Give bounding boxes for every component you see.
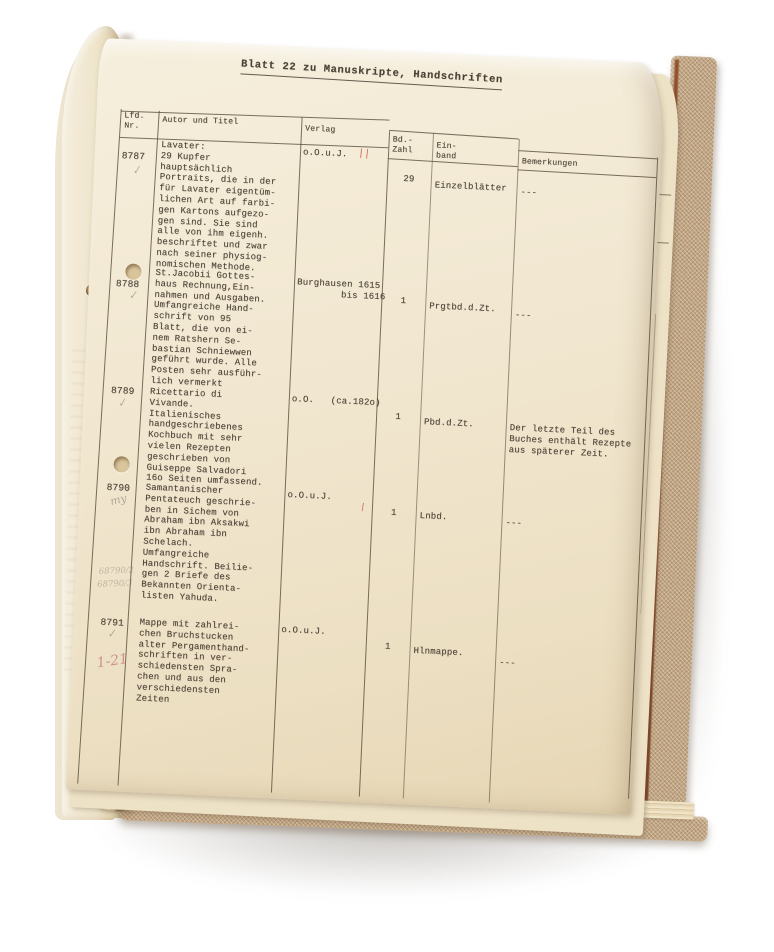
column-line-binding	[489, 139, 520, 802]
row-title: Ricettario di Vivande. Italienisches han…	[146, 387, 267, 489]
row-publisher: o.O.u.J.	[287, 490, 332, 503]
row-volumes: 1	[375, 507, 413, 520]
row-remarks: ---	[505, 518, 522, 530]
photo-scene: 8, Blatt 22 zu Manuskripte, Handschrifte…	[0, 0, 774, 952]
row-remarks: Der letzte Teil des Buches enthält Rezep…	[508, 423, 631, 461]
page-title: Blatt 22 zu Manuskripte, Handschriften	[240, 58, 503, 90]
red-check-mark-8790: |	[359, 502, 366, 513]
table-header-author: Autor und Titel	[162, 116, 238, 128]
row-remarks: ---	[515, 310, 532, 322]
row-publisher: o.O.u.J.	[281, 625, 326, 638]
pencil-range-note: 1-21	[96, 655, 128, 668]
row-remarks: ---	[520, 187, 537, 199]
header-rule-top-left	[121, 111, 390, 121]
column-line-author	[271, 117, 303, 792]
table-header-binding: Ein- band	[436, 141, 457, 161]
row-binding: Hlnmappe.	[413, 646, 463, 659]
row-title: St.Jacobii Gottes- haus Rechnung,Ein- na…	[150, 268, 266, 392]
pencil-check-8788: ✓	[128, 290, 139, 301]
punch-hole-top	[125, 263, 142, 280]
red-check-mark-8787: ||	[358, 150, 371, 161]
punch-hole-bottom	[113, 456, 130, 473]
row-volumes: 29	[390, 173, 428, 186]
pencil-scribble-8790: my	[109, 494, 127, 507]
column-line-volumes	[403, 133, 434, 798]
row-binding: Pbd.d.Zt.	[424, 417, 474, 430]
row-binding: Prgtbd.d.Zt.	[429, 301, 496, 315]
row-volumes: 1	[379, 411, 417, 424]
row-title: Mappe mit zahlrei- chen Bruchstucken alt…	[136, 617, 251, 708]
row-title: Lavater: 29 Kupfer hauptsächlich Portrai…	[156, 140, 278, 275]
table-header-nr: Lfd. Nr.	[124, 112, 144, 131]
row-volumes: 1	[384, 295, 422, 308]
catalogue-page: Blatt 22 zu Manuskripte, Handschriften L…	[66, 38, 666, 815]
row-publisher: o.O. (ca.182o)	[292, 394, 381, 409]
table-header-volumes: Bd.- Zahl	[392, 135, 413, 155]
header-rule-bottom-right	[517, 169, 656, 178]
pencil-ref-68790-3: 68790/3	[97, 580, 133, 590]
row-binding: Lnbd.	[419, 511, 447, 523]
pencil-check-8789: ✓	[116, 397, 127, 408]
pencil-scribble-8791: ✓	[106, 628, 117, 638]
row-title: Samantanischer Pentateuch geschrie- ben …	[140, 483, 256, 607]
row-nr: 8787	[121, 151, 145, 163]
row-remarks: ---	[499, 658, 516, 670]
pencil-ref-68790-2: 68790/2	[99, 567, 135, 577]
row-binding: Einzelblätter	[434, 180, 507, 194]
pencil-check-8787: ✓	[131, 165, 142, 176]
row-volumes: 1	[368, 641, 406, 654]
row-publisher: Burghausen 1615 bis 1616	[296, 277, 386, 303]
table-header-remarks: Bemerkungen	[522, 157, 578, 169]
row-publisher: o.O.u.J.	[303, 147, 348, 160]
column-line-publisher	[359, 131, 390, 796]
table-header-publisher: Verlag	[305, 124, 336, 135]
